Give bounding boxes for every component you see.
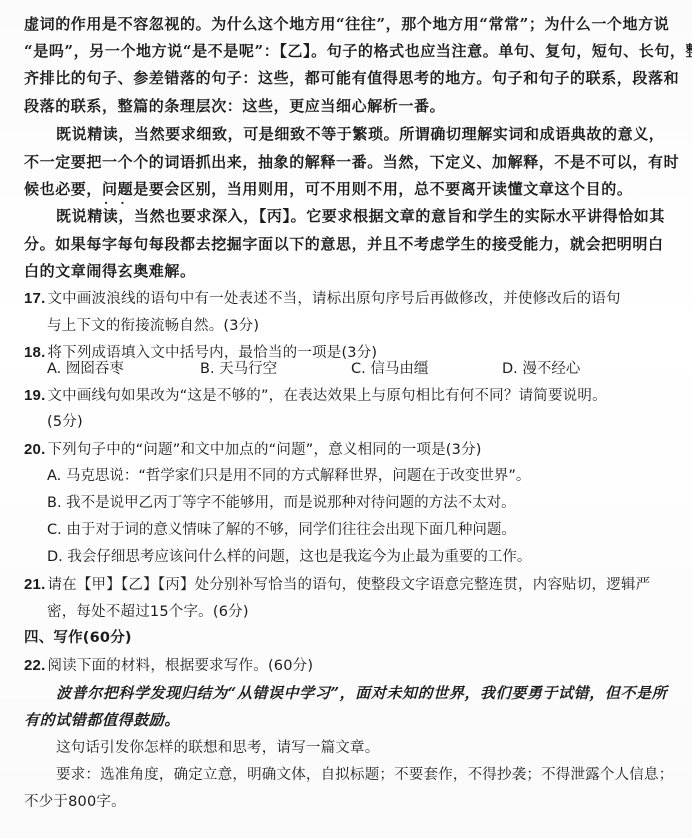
question-number: 21. — [24, 576, 45, 593]
question-text: 密，每处不超过15个字。(6分) — [47, 604, 249, 620]
material-line: 波普尔把科学发现归结为“从错误中学习”，面对未知的世界，我们要勇于试错，但不是所 — [56, 683, 668, 703]
writing-prompt: 这句话引发你怎样的联想和思考，请写一篇文章。 — [56, 737, 668, 758]
question-22: 22.阅读下面的材料，根据要求写作。(60分) — [24, 655, 668, 676]
question-20: 20.下列句子中的“问题”和文中加点的“问题”，意义相同的一项是(3分) — [24, 439, 668, 460]
passage-line: “是吗”，另一个地方说“是不是呢”：【乙】。句子的格式也应当注意。单句、复句，短… — [24, 41, 668, 61]
exam-page: 虚词的作用是不容忽视的。为什么这个地方用“往往”，那个地方用“常常”；为什么一个… — [0, 0, 692, 838]
dotted-word-wenti: 问题 — [102, 179, 133, 199]
passage-fragment: 是要会区别，当用则用，可不用则不用，总不要离开读懂文章这个目的。 — [133, 180, 632, 198]
question-number: 22. — [24, 657, 45, 674]
writing-requirements-cont: 不少于800字。 — [24, 791, 668, 812]
prompt-text: 这句话引发你怎样的联想和思考，请写一篇文章。 — [56, 740, 379, 756]
question-text: (5分) — [47, 414, 83, 430]
requirements-text: 不少于800字。 — [24, 794, 126, 810]
question-17-cont: 与上下文的衔接流畅自然。(3分) — [47, 315, 659, 336]
option-b: B. 天马行空 — [200, 359, 277, 379]
section-title-writing: 四、写作(60分) — [24, 628, 668, 648]
material-line: 有的试错都值得鼓励。 — [24, 710, 668, 730]
question-text: 阅读下面的材料，根据要求写作。(60分) — [47, 658, 313, 674]
writing-requirements: 要求：选准角度，确定立意，明确文体，自拟标题；不要套作，不得抄袭；不得泄露个人信… — [56, 764, 668, 785]
passage-line: 虚词的作用是不容忽视的。为什么这个地方用“往往”，那个地方用“常常”；为什么一个… — [24, 14, 668, 34]
passage-fragment: 候也必要， — [24, 180, 102, 198]
passage-line: 候也必要，问题是要会区别，当用则用，可不用则不用，总不要离开读懂文章这个目的。 — [24, 179, 668, 199]
question-text: 请在【甲】【乙】【丙】处分别补写恰当的语句，使整段文字语意完整连贯，内容贴切，逻… — [47, 577, 650, 593]
question-text: 与上下文的衔接流畅自然。(3分) — [47, 318, 259, 334]
question-21-cont: 密，每处不超过15个字。(6分) — [47, 601, 691, 622]
question-number: 17. — [24, 290, 45, 307]
option-b: B. 我不是说甲乙丙丁等字不能够用，而是说那种对待问题的方法不太对。 — [47, 493, 516, 513]
option-a: A. 囫囵吞枣 — [47, 359, 124, 379]
passage-line: 齐排比的句子、参差错落的句子：这些，都可能有值得思考的地方。句子和句子的联系，段… — [24, 68, 668, 88]
option-a: A. 马克思说：“哲学家们只是用不同的方式解释世界，问题在于改变世界”。 — [47, 466, 530, 486]
option-c: C. 信马由缰 — [351, 359, 428, 379]
question-21: 21.请在【甲】【乙】【丙】处分别补写恰当的语句，使整段文字语意完整连贯，内容贴… — [24, 574, 668, 595]
question-text: 文中画线句如果改为“这是不够的”，在表达效果上与原句相比有何不同？请简要说明。 — [47, 388, 606, 404]
option-d: D. 漫不经心 — [502, 359, 580, 379]
question-19-cont: (5分) — [47, 411, 691, 432]
option-d: D. 我会仔细思考应该问什么样的问题，这也是我迄今为止最为重要的工作。 — [47, 547, 531, 567]
question-number: 18. — [24, 344, 45, 361]
passage-line: 段落的联系，整篇的条理层次：这些，更应当细心解析一番。 — [24, 96, 668, 116]
option-c: C. 由于对于词的意义情味了解的不够，同学们往往会出现下面几种问题。 — [47, 520, 516, 540]
passage-line: 既说精读，当然也要求深入，【丙】。它要求根据文章的意旨和学生的实际水平讲得恰如其 — [56, 206, 668, 226]
question-number: 19. — [24, 387, 45, 404]
question-number: 20. — [24, 441, 45, 458]
question-19: 19.文中画线句如果改为“这是不够的”，在表达效果上与原句相比有何不同？请简要说… — [24, 385, 668, 406]
passage-line: 分。如果每字每句每段都去挖掘字面以下的意思，并且不考虑学生的接受能力，就会把明明… — [24, 234, 668, 254]
passage-line: 不一定要把一个个的词语抓出来，抽象的解释一番。当然，下定义、加解释，不是不可以，… — [24, 152, 668, 172]
requirements-text: 要求：选准角度，确定立意，明确文体，自拟标题；不要套作，不得抄袭；不得泄露个人信… — [56, 767, 673, 783]
passage-line: 既说精读，当然要求细致，可是细致不等于繁琐。所谓确切理解实词和成语典故的意义， — [56, 124, 668, 144]
question-text: 下列句子中的“问题”和文中加点的“问题”，意义相同的一项是(3分) — [47, 442, 481, 458]
passage-line: 白的文章闹得玄奥难解。 — [24, 261, 668, 281]
question-text: 文中画波浪线的语句中有一处表述不当，请标出原句序号后再做修改，并使修改后的语句 — [47, 291, 620, 307]
question-17: 17.文中画波浪线的语句中有一处表述不当，请标出原句序号后再做修改，并使修改后的… — [24, 288, 668, 309]
